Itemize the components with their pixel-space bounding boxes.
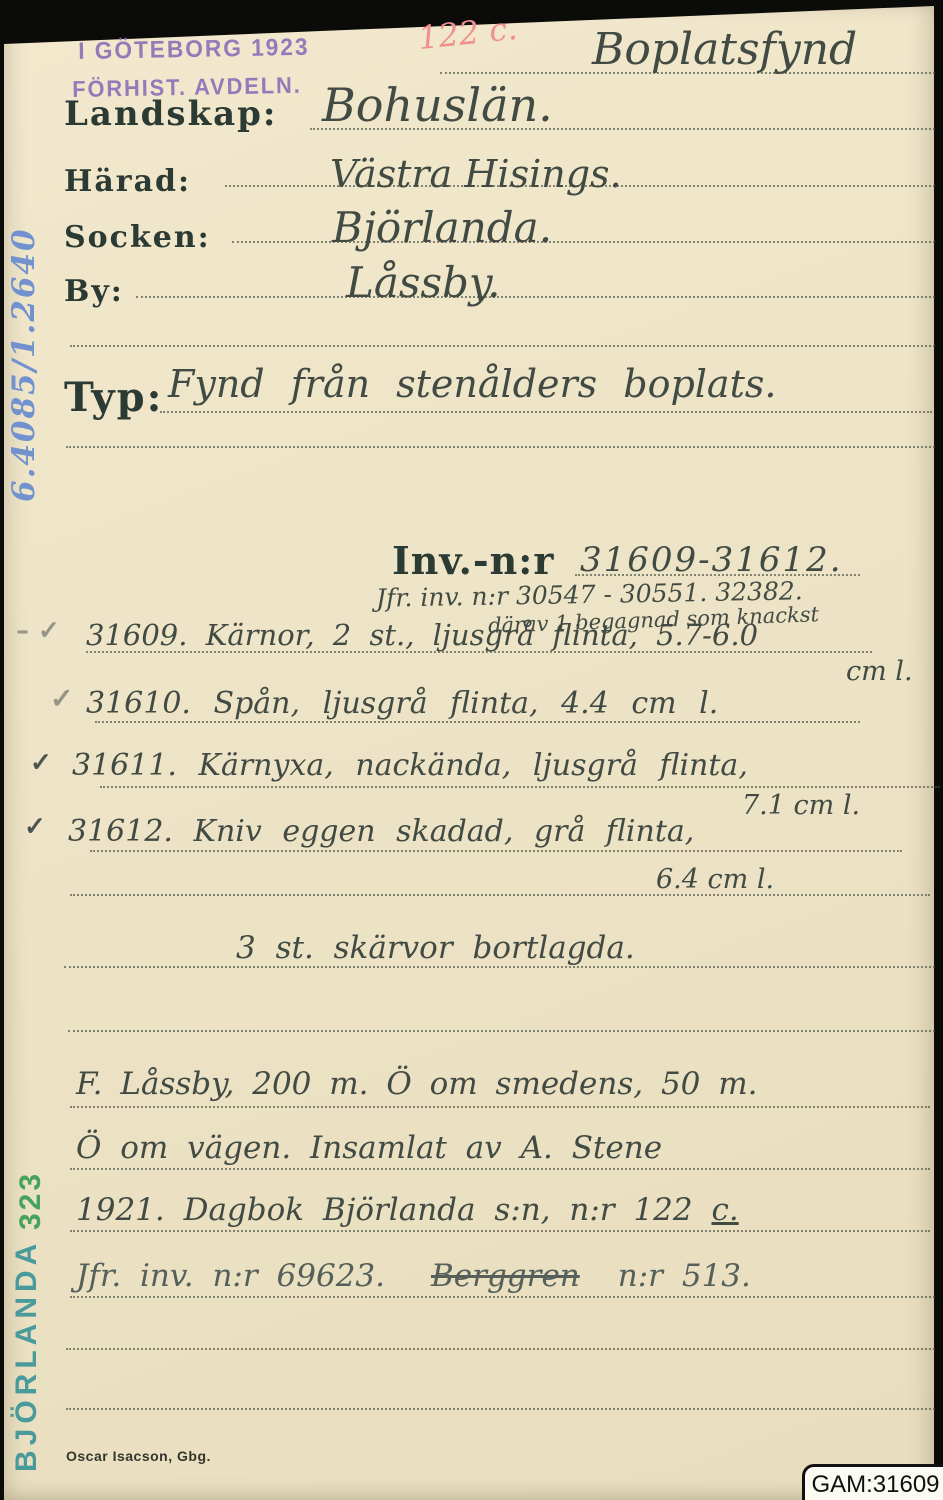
provenance-line3: 1921. Dagbok Björlanda s:n, n:r 122 c. bbox=[76, 1192, 739, 1228]
ruled-line bbox=[95, 721, 860, 723]
item-number: 31611. bbox=[72, 748, 177, 783]
discard-note: 3 st. skärvor bortlagda. bbox=[236, 930, 635, 966]
heading-boplatsfynd: Boplatsfynd bbox=[592, 24, 857, 75]
inventory-label: Inv.-n:r bbox=[392, 538, 554, 583]
field-value-typ: Fynd från stenålders boplats. bbox=[168, 362, 776, 406]
item-continuation: 7.1 cm l. bbox=[742, 790, 860, 821]
field-value-by: Låssby. bbox=[346, 258, 500, 307]
ruled-line bbox=[136, 296, 935, 298]
ruled-line bbox=[68, 1030, 935, 1032]
provenance-line3-text: 1921. Dagbok Björlanda s:n, n:r 122 bbox=[76, 1192, 693, 1228]
ruled-line bbox=[70, 1296, 935, 1298]
provenance-line4: Jfr. inv. n:r 69623.Berggrenn:r 513. bbox=[76, 1258, 751, 1294]
printer-imprint: Oscar Isacson, Gbg. bbox=[66, 1448, 211, 1464]
catalog-id-text: GAM:31609 bbox=[811, 1471, 939, 1499]
item-text: Kärnor, 2 st., ljusgrå flinta, 5.7-6.0 bbox=[206, 618, 758, 652]
item-text: Kärnyxa, nackända, ljusgrå flinta, bbox=[199, 748, 748, 783]
item-row-31609: 31609. Kärnor, 2 st., ljusgrå flinta, 5.… bbox=[86, 618, 758, 652]
margin-green-number: 323 bbox=[14, 1140, 48, 1230]
item-row-31610: 31610. Spån, ljusgrå flinta, 4.4 cm l. bbox=[86, 686, 718, 721]
field-label-typ: Typ: bbox=[64, 374, 163, 421]
ruled-line bbox=[64, 966, 935, 968]
museum-stamp-line1: I GÖTEBORG 1923 bbox=[78, 34, 310, 66]
ruled-line bbox=[70, 894, 930, 896]
provenance-line2: Ö om vägen. Insamlat av A. Stene bbox=[76, 1130, 662, 1166]
ruled-line bbox=[70, 1168, 930, 1170]
ruled-line bbox=[440, 72, 935, 74]
field-value-landskap: Bohuslän. bbox=[322, 78, 553, 132]
ruled-line bbox=[86, 651, 872, 653]
provenance-line4-prefix: Jfr. inv. n:r 69623. bbox=[76, 1258, 385, 1294]
provenance-line4-suffix: n:r 513. bbox=[618, 1258, 751, 1294]
field-value-harad: Västra Hisings. bbox=[330, 152, 622, 196]
provenance-line1: F. Låssby, 200 m. Ö om smedens, 50 m. bbox=[76, 1066, 758, 1102]
ruled-line bbox=[66, 1408, 935, 1410]
item-number: 31610. bbox=[86, 686, 191, 721]
item-text: Kniv eggen skadad, grå flinta, bbox=[194, 814, 695, 849]
check-mark: ✓ bbox=[30, 748, 52, 778]
ruled-line bbox=[90, 850, 902, 852]
catalog-id-label: GAM:31609 bbox=[802, 1464, 943, 1500]
field-label-by: By: bbox=[64, 274, 124, 309]
margin-accession-number: 6.4085/1.2640 bbox=[6, 172, 42, 502]
item-text: Spån, ljusgrå flinta, 4.4 cm l. bbox=[214, 686, 719, 721]
item-number: 31612. bbox=[68, 814, 173, 849]
field-value-socken: Björlanda. bbox=[332, 203, 552, 252]
ruled-line bbox=[70, 1106, 930, 1108]
field-label-landskap: Landskap: bbox=[64, 94, 277, 134]
ruled-line bbox=[66, 1348, 935, 1350]
item-row-31611: 31611. Kärnyxa, nackända, ljusgrå flinta… bbox=[72, 748, 748, 783]
item-number: 31609. bbox=[86, 618, 187, 652]
ruled-line bbox=[575, 574, 860, 576]
scanned-card: I GÖTEBORG 1923 FÖRHIST. AVDELN. 122 c. … bbox=[0, 0, 943, 1500]
item-continuation: 6.4 cm l. bbox=[656, 864, 774, 895]
item-row-31612: 31612. Kniv eggen skadad, grå flinta, bbox=[68, 814, 694, 849]
ruled-line bbox=[70, 345, 935, 347]
check-mark: – ✓ bbox=[16, 616, 60, 646]
item-continuation: cm l. bbox=[846, 656, 913, 687]
provenance-line3-underlined: c. bbox=[711, 1192, 738, 1228]
field-label-harad: Härad: bbox=[64, 164, 191, 199]
ruled-line bbox=[100, 786, 940, 788]
field-label-socken: Socken: bbox=[64, 220, 211, 255]
provenance-line4-struck: Berggren bbox=[431, 1258, 580, 1294]
check-mark: ✓ bbox=[24, 812, 46, 842]
ruled-line bbox=[160, 411, 932, 413]
margin-parish-stamp: BJÖRLANDA bbox=[10, 1232, 44, 1472]
ruled-line bbox=[70, 1230, 930, 1232]
check-mark: ✓ bbox=[50, 682, 73, 715]
ruled-line bbox=[66, 446, 935, 448]
